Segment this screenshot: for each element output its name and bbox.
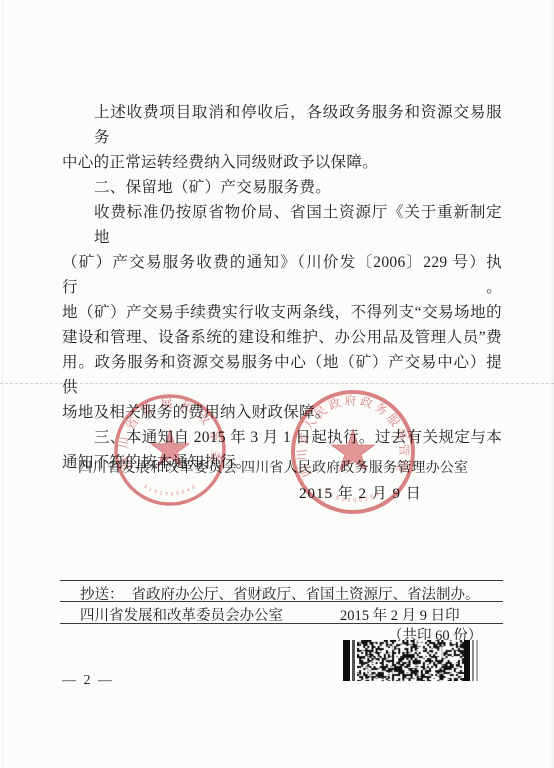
print-date: 2015 年 2 月 9 日印 bbox=[340, 604, 460, 625]
body-line: 上述收费项目取消和停收后，各级政务服务和资源交易服务 bbox=[62, 100, 502, 150]
barcode bbox=[343, 640, 478, 681]
body-line: 二、保留地（矿）产交易服务费。 bbox=[62, 175, 502, 200]
issuer-row: 四川省发展和改革委员会办公室 2015 年 2 月 9 日印 bbox=[80, 604, 500, 625]
body-line: 中心的正常运转经费纳入同级财政予以保障。 bbox=[62, 150, 502, 175]
official-seal-right: 四川省人民政府政务服务管理办公室 5100009209303 bbox=[287, 386, 419, 518]
scan-edge-right bbox=[548, 0, 554, 768]
seal-star-icon bbox=[332, 430, 374, 470]
barcode-noise bbox=[357, 640, 464, 681]
barcode-bar bbox=[343, 640, 350, 681]
issuer-org: 四川省发展和改革委员会办公室 bbox=[80, 608, 283, 624]
official-seal-left: 四川省发展和改革委员会 5101000040701 bbox=[110, 390, 230, 510]
body-line: （矿）产交易服务收费的通知》（川价发〔2006〕229 号）执行。 bbox=[62, 250, 502, 300]
document-page: 上述收费项目取消和停收后，各级政务服务和资源交易服务 中心的正常运转经费纳入同级… bbox=[0, 0, 554, 768]
scan-edge-left bbox=[2, 0, 3, 768]
body-line: 收费标准仍按原省物价局、省国土资源厅《关于重新制定地 bbox=[62, 200, 502, 250]
barcode-bar bbox=[476, 640, 478, 681]
body-line: 地（矿）产交易手续费实行收支两条线，不得列支“交易场地的 bbox=[62, 300, 502, 325]
footer-rule-top bbox=[60, 580, 503, 581]
seal-star-icon bbox=[151, 430, 189, 466]
body-line: 建设和管理、设备系统的建设和维护、办公用品及管理人员”费 bbox=[62, 325, 502, 350]
page-number: — 2 — bbox=[62, 673, 114, 689]
footer-rule-middle bbox=[60, 601, 503, 602]
scan-artifact-line bbox=[0, 383, 554, 384]
